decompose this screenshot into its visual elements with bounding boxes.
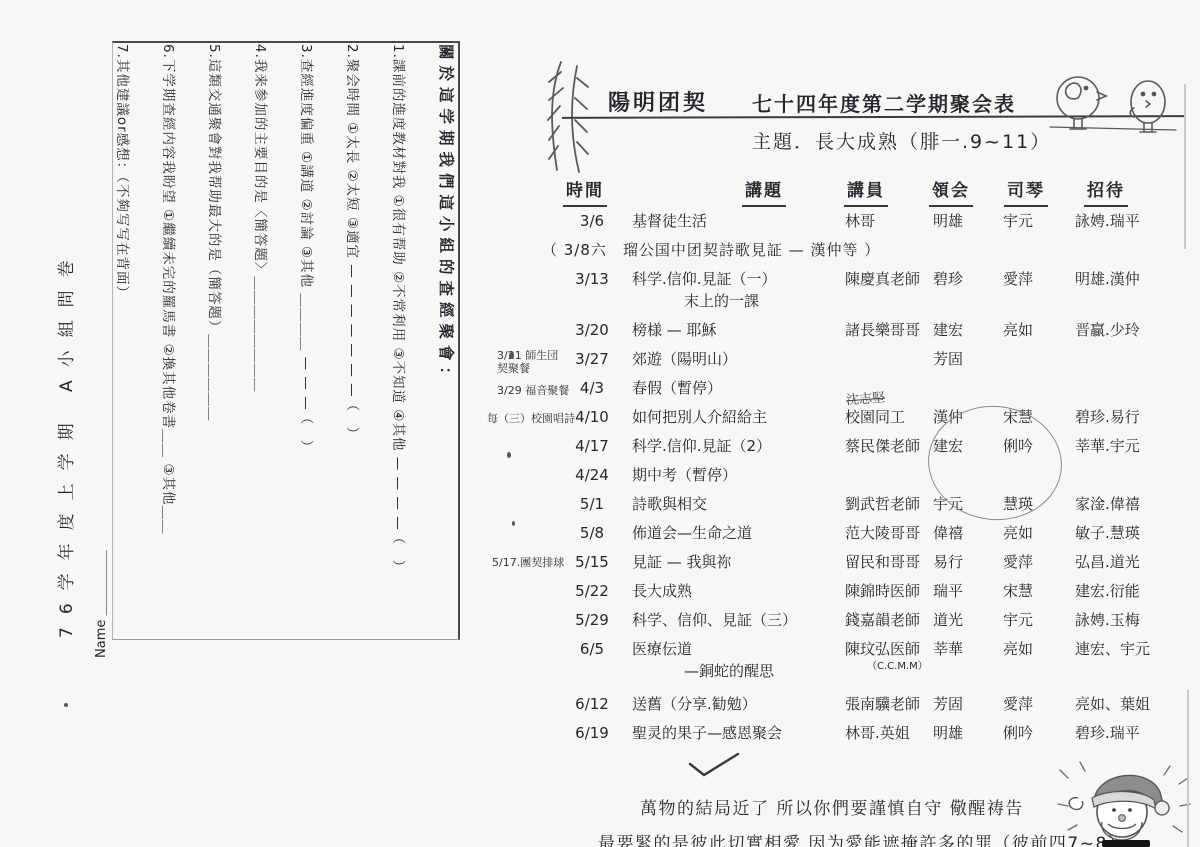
table-row: 3/13科学.信仰.見証（一）末上的一課陳慶真老師碧珍愛萍明雄.漢仲 [552, 268, 1200, 312]
cell-date: 6/5 [552, 638, 632, 660]
speaker-name: 陳慶真老師 [845, 268, 933, 290]
topic-line-1: 詩歌與相交 [632, 493, 845, 515]
column-header-leader: 領会 [929, 176, 973, 207]
cell-topic: 如何把別人介紹給主 [632, 406, 845, 428]
organization-name: 陽明团契 [608, 86, 708, 117]
speaker-name: 校園同工 [845, 406, 933, 428]
cell-reception: 亮如、葉姐 [1075, 693, 1200, 715]
cell-speaker: 蔡民傑老師 [845, 435, 933, 457]
cell-speaker: 劉武哲老師 [845, 493, 933, 515]
scanned-document: 關於這学期我們這小組的查經聚會： 1.課前的進度教材對我 ①很有帮助 ②不常利用… [0, 0, 1200, 847]
cell-pianist: 愛萍 [1003, 693, 1075, 715]
table-row: 5/22長大成熟陳錦時医師瑞平宋慧建宏.衍能 [552, 580, 1200, 602]
crossed-out-speaker-name: 沈志堅 [845, 387, 885, 409]
column-header-topic: 講題 [742, 176, 786, 207]
cell-topic: 詩歌與相交 [632, 493, 845, 515]
paper-edge [1187, 690, 1189, 847]
topic-line-1: 榜様 — 耶穌 [632, 319, 845, 341]
cell-speaker: 留民和哥哥 [845, 551, 933, 573]
cell-pianist: 宇元 [1003, 609, 1075, 631]
two-chicks-doodle [1048, 64, 1180, 138]
cell-reception: 連宏、宇元 [1075, 638, 1200, 660]
cell-topic: 春假（暫停） [632, 377, 845, 399]
table-row: 3/6基督徒生活林哥明雄宇元詠娉.瑞平 [552, 210, 1200, 232]
santa-claus-doodle [1050, 760, 1200, 847]
cell-date: 4/17 [552, 435, 632, 457]
cell-leader: 易行 [933, 551, 1003, 573]
column-header-reception: 招待 [1084, 176, 1128, 207]
cell-date: 3/6 [552, 210, 632, 232]
noise-speck [512, 521, 515, 526]
table-row: 6/5医療伝道—銅蛇的醒思陳玟弘医師（C.C.M.M）莘華亮如連宏、宇元 [552, 638, 1200, 682]
cell-leader: 芳固 [933, 348, 1003, 370]
cell-pianist: 愛萍 [1003, 268, 1075, 290]
schedule-table: 3/6基督徒生活林哥明雄宇元詠娉.瑞平（ 3/8六 瑠公国中团契詩歌見証 — 漢… [552, 210, 1200, 751]
cell-topic: 榜様 — 耶穌 [632, 319, 845, 341]
speaker-name: 劉武哲老師 [845, 493, 933, 515]
table-row: 4/10如何把別人介紹給主校園同工漢仲宋慧碧珍.易行 [552, 406, 1200, 428]
topic-line-1: 郊遊（陽明山） [632, 348, 845, 370]
table-row: 6/19聖灵的果子—感恩聚会林哥.英姐明雄俐吟碧珍.瑞平 [552, 722, 1200, 744]
margin-note: 3/21 師生団契聚餐 [497, 349, 561, 375]
cell-reception: 敏子.慧瑛 [1075, 522, 1200, 544]
cell-pianist: 亮如 [1003, 638, 1075, 660]
speaker-name: 范大陵哥哥 [845, 522, 933, 544]
table-row: 5/15見証 — 我與祢留民和哥哥易行愛萍弘昌.道光 [552, 551, 1200, 573]
cell-reception: 詠娉.玉梅 [1075, 609, 1200, 631]
speaker-name: 蔡民傑老師 [845, 435, 933, 457]
cell-leader: 偉禧 [933, 522, 1003, 544]
cell-reception: 弘昌.道光 [1075, 551, 1200, 573]
margin-note: 5/17.團契排球 [492, 556, 612, 569]
cell-reception: 晋贏.少玲 [1075, 319, 1200, 341]
cell-date: 4/24 [552, 464, 632, 486]
question-7: 7.其他建議or感想：（不夠写写在背面） [114, 44, 134, 636]
cell-leader: 明雄 [933, 210, 1003, 232]
topic-line-1: 見証 — 我與祢 [632, 551, 845, 573]
topic-line-1: 科学.信仰.見証（2） [632, 435, 845, 457]
cell-topic: 科学.信仰.見証（2） [632, 435, 845, 457]
cell-pianist: 愛萍 [1003, 551, 1075, 573]
topic-line-2: —銅蛇的醒思 [684, 660, 845, 682]
question-4: 4.我来参加的主要目的是〈簡答題〉＿＿＿＿＿＿＿＿ [252, 44, 272, 636]
topic-line-1: 長大成熟 [632, 580, 845, 602]
cell-leader: 明雄 [933, 722, 1003, 744]
schedule-note-row: （ 3/8六 瑠公国中团契詩歌見証 — 漢仲等 ） [542, 239, 1200, 261]
cell-speaker: 張南驥老師 [845, 693, 933, 715]
cell-leader: 莘華 [933, 638, 1003, 660]
cell-speaker: 范大陵哥哥 [845, 522, 933, 544]
table-row: 5/1詩歌與相交劉武哲老師宇元慧瑛家淦.偉禧 [552, 493, 1200, 515]
cell-date: 6/19 [552, 722, 632, 744]
cell-reception: 詠娉.瑞平 [1075, 210, 1200, 232]
topic-line-1: 送舊（分享.勧勉） [632, 693, 845, 715]
cell-date: 6/12 [552, 693, 632, 715]
check-mark-doodle [686, 750, 742, 780]
column-header-pianist: 司琴 [1004, 176, 1048, 207]
table-row: 4/24期中考（暫停） [552, 464, 1200, 486]
scripture-line-2: 最要緊的是彼此切實相愛 因为愛能遮掩許多的罪（彼前四7~8） [598, 829, 1126, 847]
cell-topic: 見証 — 我與祢 [632, 551, 845, 573]
cell-leader: 碧珍 [933, 268, 1003, 290]
cell-reception: 碧珍.易行 [1075, 406, 1200, 428]
cell-date: 5/1 [552, 493, 632, 515]
speaker-name: 諸長樂哥哥 [845, 319, 933, 341]
topic-line-1: 科学.信仰.見証（一） [632, 268, 845, 290]
speaker-name: 林哥.英姐 [845, 722, 933, 744]
cell-pianist: 俐吟 [1003, 722, 1075, 744]
cell-reception: 碧珍.瑞平 [1075, 722, 1200, 744]
cell-speaker: 林哥.英姐 [845, 722, 933, 744]
table-row: 6/12送舊（分享.勧勉）張南驥老師芳固愛萍亮如、葉姐 [552, 693, 1200, 715]
cell-topic: 基督徒生活 [632, 210, 845, 232]
speaker-name: 林哥 [845, 210, 933, 232]
cell-pianist: 宋慧 [1003, 580, 1075, 602]
form-side-label: 76学年度上学期 A小組問巻 [52, 138, 76, 638]
cell-topic: 送舊（分享.勧勉） [632, 693, 845, 715]
theme-subtitle: 主題．長大成熟（腓一.9~11） [752, 127, 1051, 154]
cell-topic: 長大成熟 [632, 580, 845, 602]
table-row: 5/29科学、信仰、見証（三）錢嘉韻老師道光宇元詠娉.玉梅 [552, 609, 1200, 631]
cell-leader: 道光 [933, 609, 1003, 631]
question-5: 5.這類交通聚會對我帮助最大的是（簡答題）＿＿＿＿＿＿ [206, 44, 226, 636]
noise-speck [507, 452, 511, 458]
cell-reception: 家淦.偉禧 [1075, 493, 1200, 515]
topic-line-1: 医療伝道 [632, 638, 845, 660]
speaker-name: 陳錦時医師 [845, 580, 933, 602]
cell-date: 3/20 [552, 319, 632, 341]
cell-reception: 明雄.漢仲 [1075, 268, 1200, 290]
column-header-speaker: 講員 [844, 176, 888, 207]
question-2: 2.聚会時間 ①太長 ②太短 ③適宜 — — — — — — —（ ） [344, 44, 364, 636]
cell-topic: 期中考（暫停） [632, 464, 845, 486]
cell-speaker: 林哥 [845, 210, 933, 232]
cell-speaker: 陳錦時医師 [845, 580, 933, 602]
speaker-name: 張南驥老師 [845, 693, 933, 715]
cell-topic: 郊遊（陽明山） [632, 348, 845, 370]
cell-speaker: 陳慶真老師 [845, 268, 933, 290]
table-row: 3/20榜様 — 耶穌諸長樂哥哥建宏亮如晋贏.少玲 [552, 319, 1200, 341]
table-row: 4/17科学.信仰.見証（2）蔡民傑老師建宏俐吟莘華.宇元 [552, 435, 1200, 457]
noise-speck [64, 703, 68, 707]
topic-line-2: 末上的一課 [684, 290, 845, 312]
cell-topic: 佈道会—生命之道 [632, 522, 845, 544]
cell-reception: 莘華.宇元 [1075, 435, 1200, 457]
cell-reception: 建宏.衍能 [1075, 580, 1200, 602]
name-field-label: Name ＿＿＿＿＿ [90, 568, 110, 658]
cell-speaker: 校園同工 [845, 406, 933, 428]
cell-date: 3/13 [552, 268, 632, 290]
cell-leader: 瑞平 [933, 580, 1003, 602]
cell-pianist: 宇元 [1003, 210, 1075, 232]
cell-topic: 医療伝道—銅蛇的醒思 [632, 638, 845, 682]
table-row: 3/27郊遊（陽明山）芳固 [552, 348, 1200, 370]
cell-topic: 科学、信仰、見証（三） [632, 609, 845, 631]
question-3: 3.查經進度偏重 ①講道 ②討論 ③其他 ＿＿＿＿ — — —（ ） [298, 44, 318, 636]
cell-topic: 科学.信仰.見証（一）末上的一課 [632, 268, 845, 312]
cell-date: 5/29 [552, 609, 632, 631]
topic-line-1: 期中考（暫停） [632, 464, 845, 486]
cell-date: 5/22 [552, 580, 632, 602]
topic-line-1: 佈道会—生命之道 [632, 522, 845, 544]
questionnaire-heading: 關於這学期我們這小組的查經聚會： [436, 44, 458, 636]
speaker-name: 留民和哥哥 [845, 551, 933, 573]
cell-pianist: 亮如 [1003, 522, 1075, 544]
topic-line-1: 科学、信仰、見証（三） [632, 609, 845, 631]
topic-line-1: 春假（暫停） [632, 377, 845, 399]
speaker-note: （C.C.M.M） [867, 656, 933, 678]
margin-note: 3/29 福音聚餐 [497, 384, 617, 397]
question-6: 6.下学期查經内容我盼望 ①繼續未完的羅馬書 ②換其他卷書＿＿ ③其他＿＿ [160, 44, 180, 636]
cell-pianist: 亮如 [1003, 319, 1075, 341]
page-title: 七十四年度第二学期聚会表 [752, 88, 1016, 117]
scripture-line-1: 萬物的結局近了 所以你們要謹慎自守 儆醒祷告 [640, 794, 1024, 819]
margin-note: 每（三）校園唱詩 [487, 412, 607, 425]
speaker-name: 錢嘉韻老師 [845, 609, 933, 631]
noise-speck [509, 352, 514, 359]
topic-line-1: 聖灵的果子—感恩聚会 [632, 722, 845, 744]
cell-speaker: 諸長樂哥哥 [845, 319, 933, 341]
cell-date: 5/8 [552, 522, 632, 544]
topic-line-1: 基督徒生活 [632, 210, 845, 232]
cell-speaker: 陳玟弘医師（C.C.M.M） [845, 638, 933, 678]
cell-speaker: 錢嘉韻老師 [845, 609, 933, 631]
cell-date: 3/27 [552, 348, 632, 370]
column-header-time: 時間 [563, 176, 607, 207]
cell-leader: 芳固 [933, 693, 1003, 715]
questionnaire-rotated-text: 關於這学期我們這小組的查經聚會： 1.課前的進度教材對我 ①很有帮助 ②不常利用… [114, 44, 458, 636]
question-1: 1.課前的進度教材對我 ①很有帮助 ②不常利用 ③不知道 ④其他 — — — —… [390, 44, 410, 636]
paper-edge [1184, 84, 1186, 249]
table-row: 5/8佈道会—生命之道范大陵哥哥偉禧亮如敏子.慧瑛 [552, 522, 1200, 544]
topic-line-1: 如何把別人介紹給主 [632, 406, 845, 428]
cell-leader: 建宏 [933, 319, 1003, 341]
cell-topic: 聖灵的果子—感恩聚会 [632, 722, 845, 744]
